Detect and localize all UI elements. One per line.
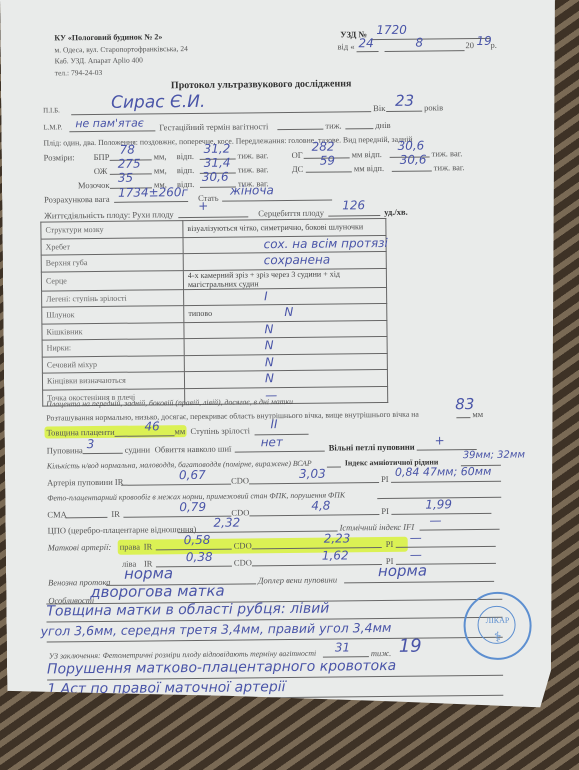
cpo-value: 2,32	[213, 516, 240, 530]
cerebellum-weeks: 30,6	[202, 170, 229, 184]
amniotic-index: 39мм; 32мм	[463, 450, 525, 462]
organ-value: N	[284, 305, 293, 319]
document-title: Протокол ультразвукового дослідження	[171, 78, 352, 91]
caduceus-icon: ⚕	[466, 629, 530, 647]
cma-ir: 0,79	[179, 500, 206, 514]
institution-name: КУ «Пологовий будинок № 2»	[54, 32, 162, 42]
umb-artery-pi: 0,84 47мм; 60мм	[395, 465, 492, 479]
organ-value: N	[265, 338, 274, 352]
bpr-value: 78	[120, 143, 135, 157]
ozh-weeks: 31,4	[204, 156, 231, 170]
left-uterine-cdo: 1,62	[322, 548, 349, 562]
lmp-value: не пам'ятає	[75, 117, 144, 131]
organ-label: Верхня губа	[41, 254, 183, 272]
cabinet-info: Каб. УЗД. Апарат Aplio 400	[55, 56, 143, 66]
estimated-weight: 1734±260г	[118, 185, 188, 200]
doctor-stamp: ЛІКАР ⚕	[463, 591, 532, 660]
ifi-value: —	[429, 513, 441, 527]
placenta-thickness: 46	[144, 419, 159, 433]
ozh-value: 275	[118, 157, 141, 171]
cord-vessels: 3	[87, 437, 95, 451]
right-uterine-cdo: 2,23	[324, 531, 351, 545]
umb-artery-ir: 0,67	[179, 468, 206, 482]
left-uterine-pi: —	[410, 548, 422, 562]
organ-label: Структури мозку	[41, 221, 183, 239]
cma-pi: 1,99	[425, 497, 452, 511]
cma-cdo: 4,8	[311, 499, 330, 513]
conclusion-extra: 19	[399, 636, 422, 657]
ultrasound-protocol-sheet: КУ «Пологовий будинок № 2» м. Одеса, вул…	[0, 0, 563, 735]
free-loops: +	[435, 433, 445, 447]
organ-value: сох. на всім протязі	[263, 235, 387, 250]
umb-vein-doppler: норма	[378, 562, 427, 581]
highlight-uterine-right	[118, 537, 408, 555]
organ-label: Кінцівки визначаються	[42, 372, 184, 390]
organ-value: N	[264, 322, 273, 336]
organ-label: Серце	[41, 270, 183, 290]
ds-value: 59	[320, 154, 335, 168]
conclusion-line-1: Порушення матково-плацентарного кровоток…	[47, 658, 396, 678]
right-uterine-pi: —	[410, 531, 422, 545]
organ-label: Сечовий міхур	[42, 355, 184, 373]
organ-value: сохранена	[264, 253, 331, 268]
institution-address: м. Одеса, вул. Старопортофранківська, 24	[54, 44, 187, 54]
placenta-maturity: II	[270, 417, 277, 431]
organ-finding: 4-х камерний зріз + зріз через 3 судини …	[183, 268, 386, 289]
venous-duct: норма	[124, 564, 173, 583]
features-line-3: угол 3,6мм, середня третя 3,4мм, правий …	[41, 620, 392, 639]
patient-name: Сирас Є.И.	[111, 92, 205, 113]
movements-value: +	[198, 199, 208, 213]
organ-value: N	[265, 371, 274, 385]
phone: тел.: 794-24-03	[55, 68, 103, 77]
features-line-1: дворогова матка	[90, 582, 225, 601]
nuchal-cord: нет	[261, 435, 283, 449]
left-uterine-ir: 0,38	[186, 550, 213, 564]
placenta-position: Розташування нормально, низько, досягає,…	[46, 410, 419, 423]
bpr-weeks: 31,2	[203, 142, 230, 156]
organ-structures-table: Структури мозкувізуалізуються чітко, сим…	[40, 218, 388, 407]
organ-label: Хребет	[41, 237, 183, 255]
right-uterine-ir: 0,58	[184, 533, 211, 547]
umb-artery-cdo: 3,03	[299, 467, 326, 481]
cerebellum-value: 35	[118, 171, 133, 185]
organ-label: Нирки:	[42, 339, 184, 357]
date-month: 8	[415, 36, 423, 50]
organ-value: I	[264, 289, 268, 303]
organ-label: Шлунок	[42, 306, 184, 324]
date-label: від «	[337, 41, 354, 51]
ds-weeks: 30,6	[400, 153, 427, 167]
patient-age: 23	[395, 92, 414, 110]
fetus-sex: жіноча	[230, 183, 274, 197]
organ-label: Кішківник	[42, 322, 184, 340]
placenta-location: Плацента на передній, задній, боковій (п…	[46, 397, 293, 409]
conclusion-weeks: 31	[335, 640, 350, 654]
og-weeks: 30,6	[397, 139, 424, 153]
organ-value: N	[265, 355, 274, 369]
og-value: 282	[311, 140, 334, 154]
features-line-2: Товщина матки в області рубця: лівий	[46, 601, 329, 620]
date-day: 24	[358, 36, 373, 50]
organ-label: Легені: ступінь зрілості	[42, 289, 184, 307]
uzd-number: 1720	[376, 23, 407, 37]
heartbeat-value: 126	[342, 198, 365, 212]
